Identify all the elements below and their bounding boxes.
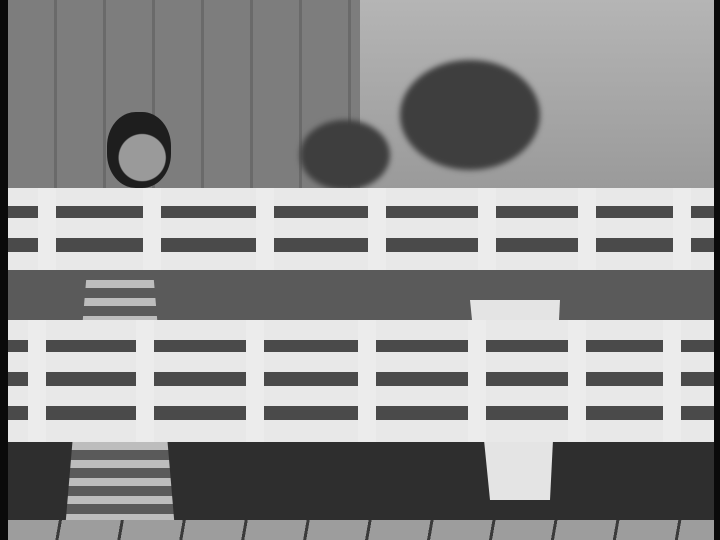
upper-fence <box>8 188 714 270</box>
lower-fence <box>8 320 714 442</box>
wooden-floor <box>0 520 720 540</box>
woman-head <box>107 112 171 188</box>
film-border-left <box>0 0 8 540</box>
bush <box>400 60 540 170</box>
film-border-right <box>714 0 720 540</box>
film-frame <box>0 0 720 540</box>
bush <box>300 120 390 190</box>
